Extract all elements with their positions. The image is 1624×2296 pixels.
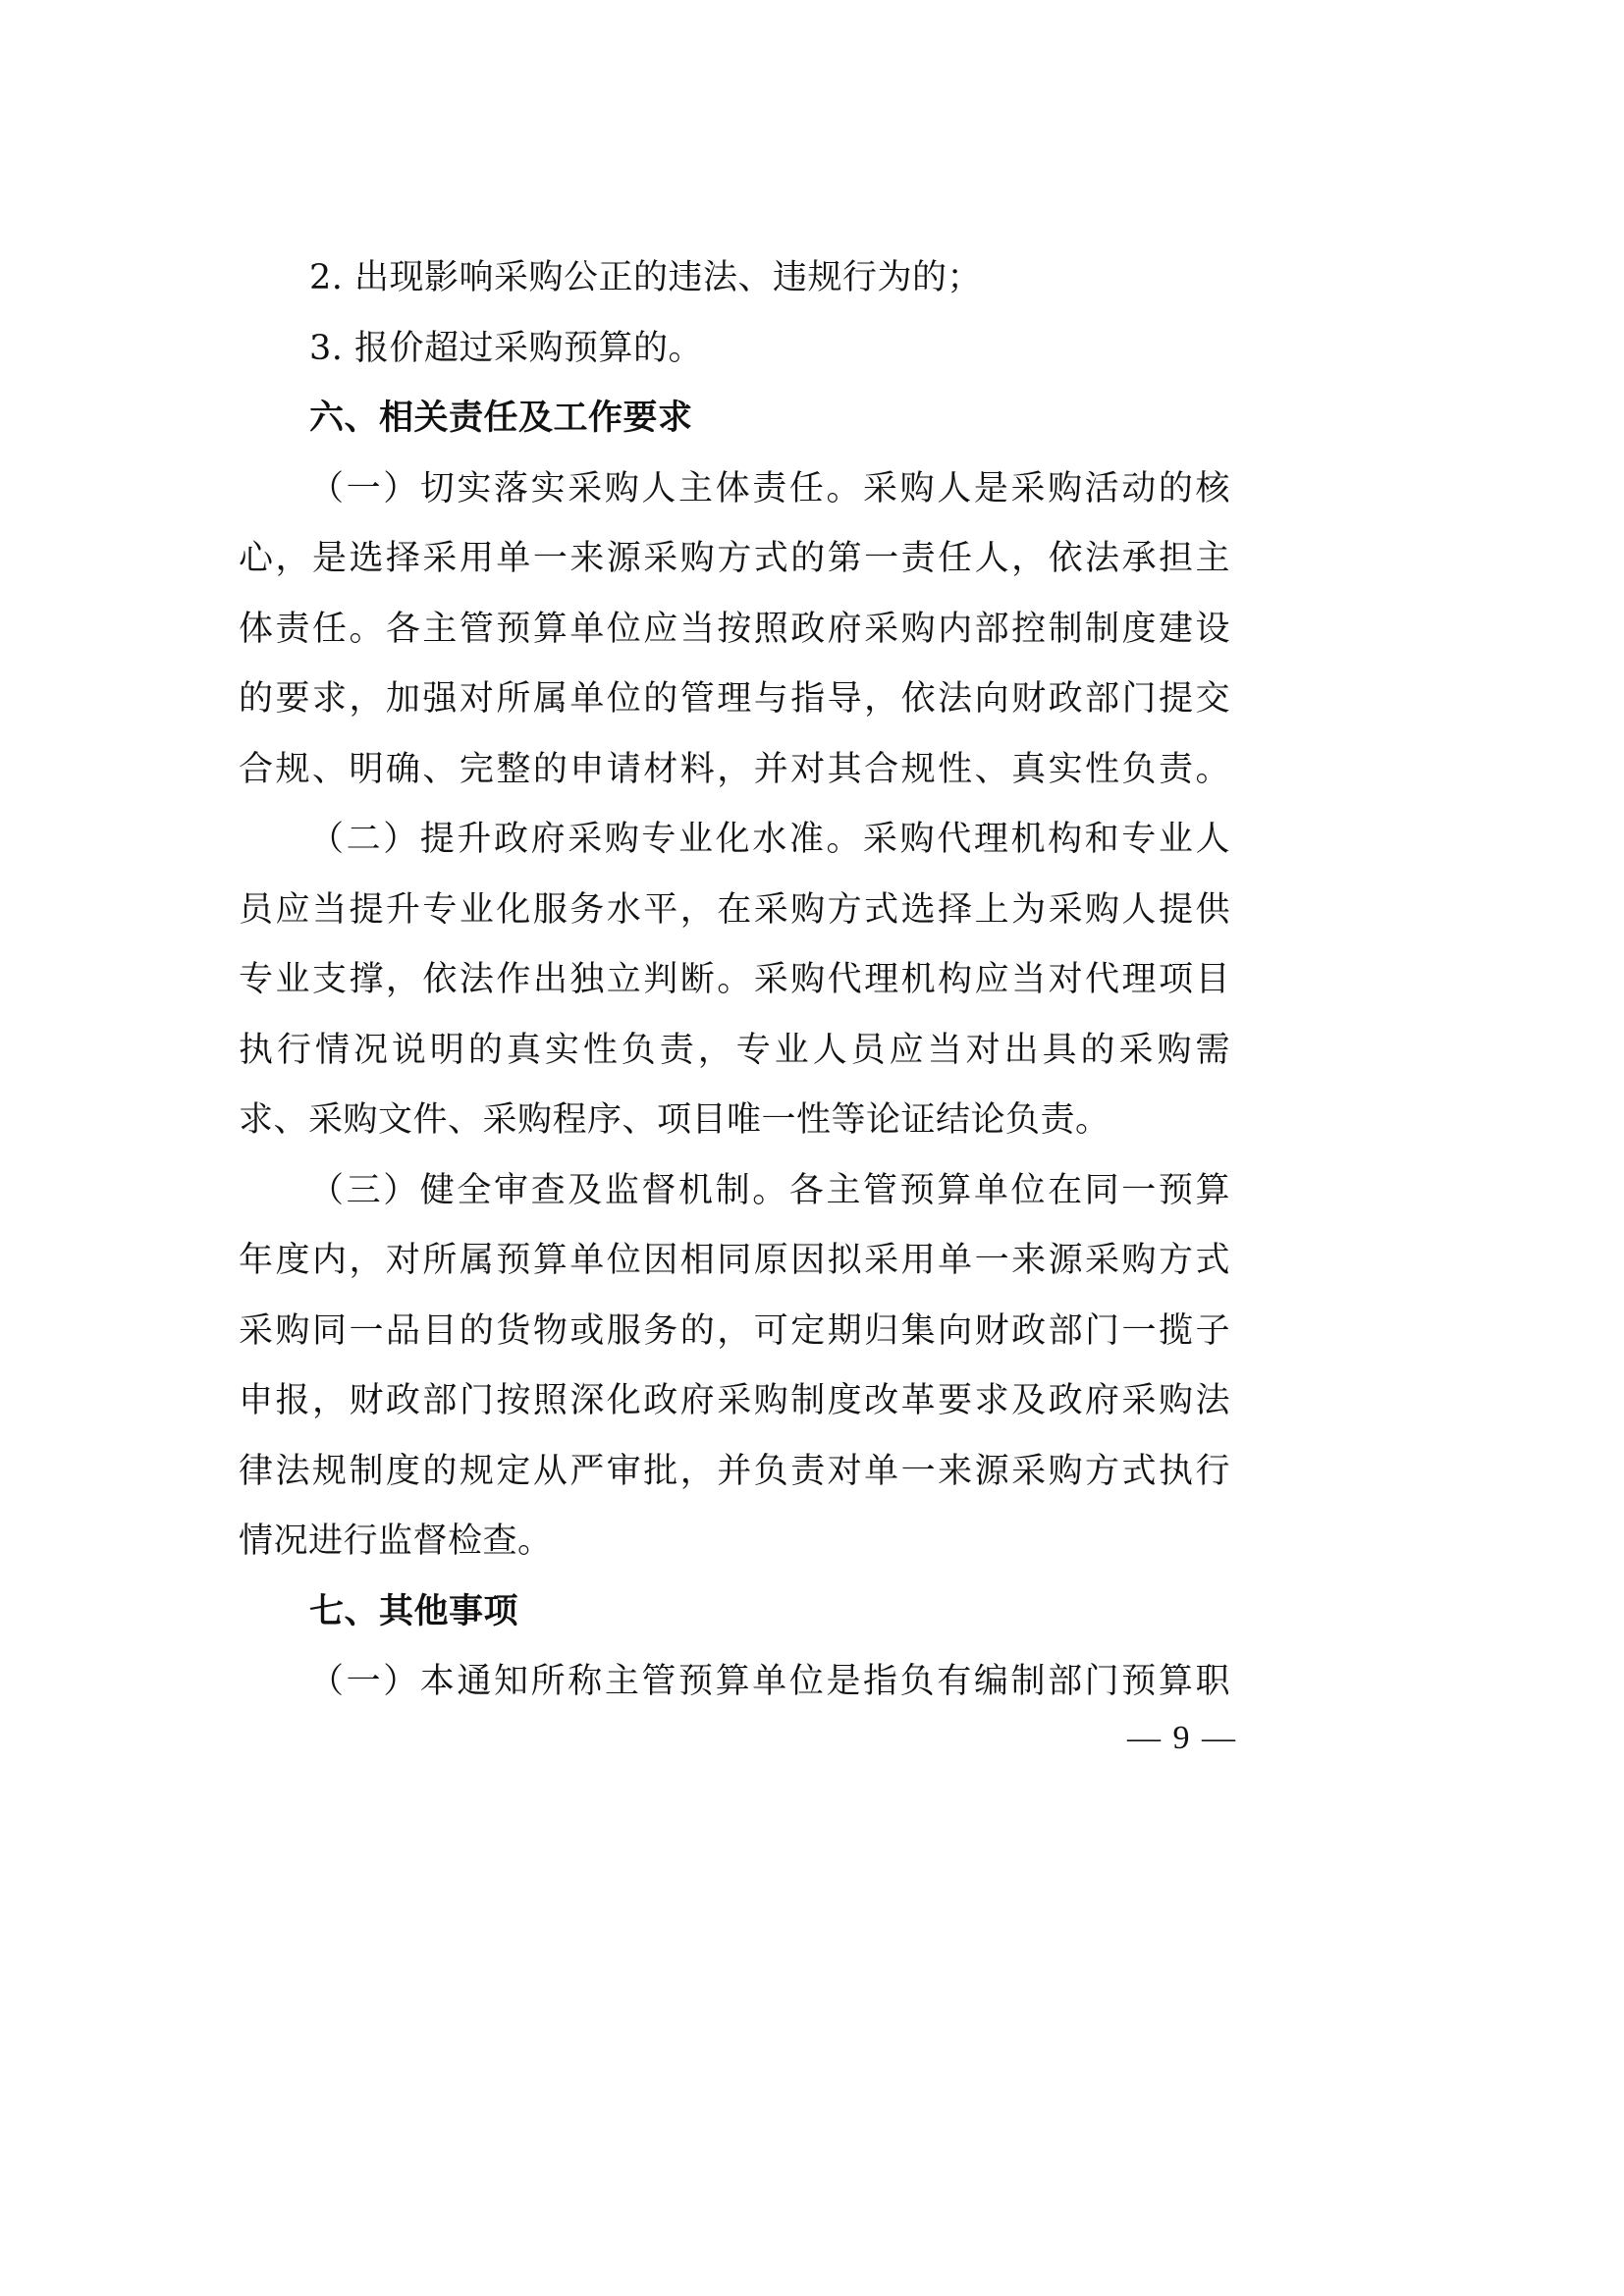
paragraph-line: （一）本通知所称主管预算单位是指负有编制部门预算职: [239, 1647, 1230, 1718]
paragraph-line: 情况进行监督检查。: [239, 1507, 1230, 1577]
page-number: — 9 —: [1119, 1720, 1237, 1757]
paragraph-line: （一）切实落实采购人主体责任。采购人是采购活动的核: [239, 454, 1230, 525]
paragraph-line: 专业支撑，依法作出独立判断。采购代理机构应当对代理项目: [239, 945, 1230, 1016]
paragraph-line: 求、采购文件、采购程序、项目唯一性等论证结论负责。: [239, 1086, 1230, 1156]
paragraph-line: 年度内，对所属预算单位因相同原因拟采用单一来源采购方式: [239, 1226, 1230, 1297]
paragraph-line: 的要求，加强对所属单位的管理与指导，依法向财政部门提交: [239, 665, 1230, 735]
paragraph-line: 心，是选择采用单一来源采购方式的第一责任人，依法承担主: [239, 524, 1230, 595]
document-page: 2. 出现影响采购公正的违法、违规行为的； 3. 报价超过采购预算的。 六、相关…: [239, 243, 1230, 1718]
section-heading-6: 六、相关责任及工作要求: [239, 384, 1230, 454]
list-item-3: 3. 报价超过采购预算的。: [239, 314, 1230, 385]
paragraph-line: 合规、明确、完整的申请材料，并对其合规性、真实性负责。: [239, 735, 1230, 806]
paragraph-line: 采购同一品目的货物或服务的，可定期归集向财政部门一揽子: [239, 1297, 1230, 1367]
paragraph-line: 员应当提升专业化服务水平，在采购方式选择上为采购人提供: [239, 876, 1230, 946]
paragraph-line: 申报，财政部门按照深化政府采购制度改革要求及政府采购法: [239, 1366, 1230, 1437]
list-item-2: 2. 出现影响采购公正的违法、违规行为的；: [239, 243, 1230, 314]
paragraph-line: 执行情况说明的真实性负责，专业人员应当对出具的采购需: [239, 1016, 1230, 1087]
paragraph-line: 体责任。各主管预算单位应当按照政府采购内部控制制度建设: [239, 595, 1230, 666]
paragraph-line: （三）健全审查及监督机制。各主管预算单位在同一预算: [239, 1156, 1230, 1227]
section-heading-7: 七、其他事项: [239, 1577, 1230, 1648]
paragraph-line: （二）提升政府采购专业化水准。采购代理机构和专业人: [239, 805, 1230, 876]
paragraph-line: 律法规制度的规定从严审批，并负责对单一来源采购方式执行: [239, 1437, 1230, 1508]
